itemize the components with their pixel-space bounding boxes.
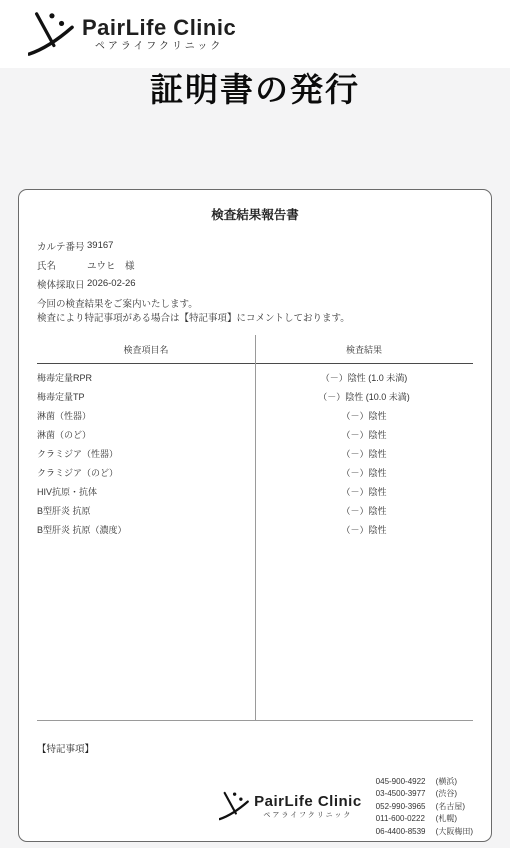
pairlife-logo-icon bbox=[219, 791, 249, 821]
test-item-name: B型肝炎 抗原 bbox=[37, 504, 255, 517]
test-result: （－）陰性 (1.0 未満) bbox=[255, 371, 473, 384]
test-result: （－）陰性 bbox=[255, 466, 473, 479]
test-result: （－）陰性 bbox=[255, 447, 473, 460]
phone-number: 06-4400-8539 bbox=[376, 827, 436, 836]
phone-number: 03-4500-3977 bbox=[376, 789, 436, 798]
notes-label: 【特記事項】 bbox=[37, 741, 473, 755]
field-value: 39167 bbox=[87, 240, 113, 251]
footer-brand-kana: ペアライフクリニック bbox=[263, 811, 352, 820]
test-item-name: 梅毒定量RPR bbox=[37, 371, 255, 384]
site-header: PairLife Clinic ペアライフクリニック bbox=[0, 0, 510, 68]
test-result: （－）陰性 bbox=[255, 523, 473, 536]
column-header-result: 検査結果 bbox=[255, 335, 473, 363]
field-label: カルテ番号 bbox=[37, 239, 87, 253]
brand-logo: PairLife Clinic ペアライフクリニック bbox=[28, 11, 236, 57]
phone-city: (横浜) bbox=[436, 776, 457, 787]
test-item-name: HIV抗原・抗体 bbox=[37, 485, 255, 498]
result-table: 検査項目名 検査結果 梅毒定量RPR （－）陰性 (1.0 未満) 梅毒定量TP… bbox=[37, 335, 473, 721]
phone-city: (渋谷) bbox=[436, 788, 457, 799]
test-result: （－）陰性 (10.0 未満) bbox=[255, 390, 473, 403]
brand-kana: ペアライフクリニック bbox=[95, 41, 224, 53]
table-column-divider bbox=[255, 335, 256, 720]
phone-line: 03-4500-3977 (渋谷) bbox=[376, 788, 473, 801]
phone-number: 052-990-3965 bbox=[376, 802, 436, 811]
field-label: 検体採取日 bbox=[37, 277, 87, 291]
field-value: 2026-02-26 bbox=[87, 278, 136, 289]
phone-line: 045-900-4922 (横浜) bbox=[376, 775, 473, 788]
footer-brand-logo: PairLife Clinic ペアライフクリニック bbox=[219, 791, 362, 821]
intro-line: 検査により特記事項がある場合は【特記事項】にコメントしております。 bbox=[37, 312, 473, 326]
phone-city: (大阪梅田) bbox=[436, 826, 473, 837]
footer-brand-text: PairLife Clinic ペアライフクリニック bbox=[254, 793, 362, 820]
test-item-name: クラミジア（性器） bbox=[37, 447, 255, 460]
test-item-name: 淋菌（性器） bbox=[37, 409, 255, 422]
intro-line: 今回の検査結果をご案内いたします。 bbox=[37, 298, 473, 312]
phone-city: (札幌) bbox=[436, 813, 457, 824]
intro-text: 今回の検査結果をご案内いたします。 検査により特記事項がある場合は【特記事項】に… bbox=[37, 298, 473, 325]
title-area: 証明書の発行 bbox=[0, 68, 510, 189]
page-title: 証明書の発行 bbox=[0, 70, 510, 110]
phone-line: 06-4400-8539 (大阪梅田) bbox=[376, 825, 473, 838]
field-row: 検体採取日 2026-02-26 bbox=[37, 274, 473, 293]
field-row: 氏名 ユウヒ 様 bbox=[37, 255, 473, 274]
card-footer: PairLife Clinic ペアライフクリニック 045-900-4922 … bbox=[37, 775, 473, 838]
brand-name: PairLife Clinic bbox=[82, 16, 236, 40]
test-result: （－）陰性 bbox=[255, 504, 473, 517]
phone-number: 045-900-4922 bbox=[376, 777, 436, 786]
test-result: （－）陰性 bbox=[255, 428, 473, 441]
clinic-phone-list: 045-900-4922 (横浜) 03-4500-3977 (渋谷) 052-… bbox=[376, 775, 473, 838]
certificate-page: PairLife Clinic ペアライフクリニック 証明書の発行 検査結果報告… bbox=[0, 0, 510, 842]
test-item-name: 淋菌（のど） bbox=[37, 428, 255, 441]
report-card: 検査結果報告書 カルテ番号 39167 氏名 ユウヒ 様 検体採取日 2026-… bbox=[18, 189, 492, 842]
test-result: （－）陰性 bbox=[255, 409, 473, 422]
phone-line: 011-600-0222 (札幌) bbox=[376, 813, 473, 826]
field-label: 氏名 bbox=[37, 258, 87, 272]
test-item-name: クラミジア（のど） bbox=[37, 466, 255, 479]
patient-fields: カルテ番号 39167 氏名 ユウヒ 様 検体採取日 2026-02-26 bbox=[37, 236, 473, 293]
footer-brand-name: PairLife Clinic bbox=[254, 793, 362, 810]
field-row: カルテ番号 39167 bbox=[37, 236, 473, 255]
pairlife-logo-icon bbox=[28, 11, 74, 57]
report-title: 検査結果報告書 bbox=[37, 205, 473, 223]
test-item-name: B型肝炎 抗原（濃度） bbox=[37, 523, 255, 536]
test-item-name: 梅毒定量TP bbox=[37, 390, 255, 403]
phone-line: 052-990-3965 (名古屋) bbox=[376, 800, 473, 813]
field-value: ユウヒ 様 bbox=[87, 258, 135, 272]
phone-city: (名古屋) bbox=[436, 801, 465, 812]
column-header-item: 検査項目名 bbox=[37, 335, 255, 363]
phone-number: 011-600-0222 bbox=[376, 814, 436, 823]
brand-text: PairLife Clinic ペアライフクリニック bbox=[82, 16, 236, 53]
test-result: （－）陰性 bbox=[255, 485, 473, 498]
